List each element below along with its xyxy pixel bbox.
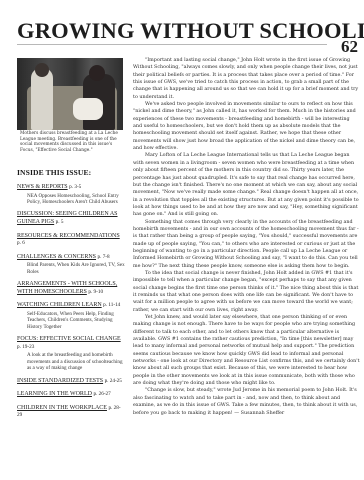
toc-section-link[interactable]: CHILDREN IN THE WORKPLACE [17,405,107,411]
toc-description: NEA Opposes Homeschooling, School Entry … [17,193,125,206]
toc-page-range: p. 9-10 [88,289,103,295]
article-paragraph: Yet John knew, and would later say elsew… [133,314,360,387]
toc-page-range: p. 11-14 [103,302,120,308]
toc-page-range: p. 26-27 [93,391,110,397]
toc-description: Self-Educators, When Peers Help, Finding… [17,311,125,330]
article-paragraph: "Important and lasting social change," J… [133,57,360,101]
toc-item: WATCHING CHILDREN LEARN p. 11-14Self-Edu… [17,302,125,330]
article-paragraph: "Change is slow, but steady," wrote Jud … [133,387,360,416]
toc-page-range: p. 24-25 [105,378,122,384]
issue-number: 62 [341,37,358,57]
toc-item: ARRANGEMENTS - WITH SCHOOLS, WITH HOMESC… [17,281,125,296]
toc-item: LEARNING IN THE WORLD p. 26-27 [17,391,125,399]
toc-item: CHALLENGES & CONCERNS p. 7-8Blind Parent… [17,254,125,275]
article-body: "Important and lasting social change," J… [133,57,360,417]
photo-caption: Mothers discuss breastfeeding at a La Le… [20,131,122,153]
toc-page-range: p. 3-5 [69,184,81,190]
toc-item: NEWS & REPORTS p. 3-5NEA Opposes Homesch… [17,184,125,205]
toc-page-range: p. 5 [56,219,64,225]
toc-page-range: p. 7-8 [98,254,110,260]
article-paragraph: To the idea that social change is never … [133,270,360,314]
toc-item: FOCUS: EFFECTIVE SOCIAL CHANGE p. 19-23A… [17,336,125,371]
toc-item: CHILDREN IN THE WORKPLACE p. 28-29 [17,405,125,420]
toc-list: NEWS & REPORTS p. 3-5NEA Opposes Homesch… [17,184,125,420]
toc-section-link[interactable]: CHALLENGES & CONCERNS [17,254,96,260]
toc-section-link[interactable]: NEWS & REPORTS [17,184,68,190]
article-paragraph: Mary Lofton of La Leche League Internati… [133,152,360,218]
toc-item: INSIDE STANDARDIZED TESTS p. 24-25 [17,378,125,386]
toc-section-link[interactable]: FOCUS: EFFECTIVE SOCIAL CHANGE [17,336,121,342]
toc-item: DISCUSSION: SEEING CHILDREN AS GUINEA PI… [17,211,125,226]
toc-section-link[interactable]: WATCHING CHILDREN LEARN [17,302,102,308]
cover-photo [17,58,123,130]
toc-section-link[interactable]: LEARNING IN THE WORLD [17,391,92,397]
toc-description: Blind Parents, When Kids Are Ignored, TV… [17,262,125,275]
toc-page-range: p. 6 [17,240,25,246]
toc-title: INSIDE THIS ISSUE: [17,168,125,177]
toc-item: RESOURCES & RECOMMENDATIONS p. 6 [17,233,125,248]
masthead-rule [17,44,327,45]
baby [73,98,103,120]
toc-description: A look at the breastfeeding and homebirt… [17,352,125,371]
article-paragraph: We've asked two people involved in movem… [133,101,360,152]
article-paragraph: Something that comes through very clearl… [133,219,360,270]
masthead-title: GROWING WITHOUT SCHOOLING [17,18,364,44]
table-of-contents: INSIDE THIS ISSUE: NEWS & REPORTS p. 3-5… [17,168,125,426]
person-left [31,68,53,130]
toc-section-link[interactable]: DISCUSSION: SEEING CHILDREN AS GUINEA PI… [17,211,118,225]
toc-section-link[interactable]: INSIDE STANDARDIZED TESTS [17,378,103,384]
toc-page-range: p. 19-23 [17,344,34,350]
toc-section-link[interactable]: RESOURCES & RECOMMENDATIONS [17,233,120,239]
